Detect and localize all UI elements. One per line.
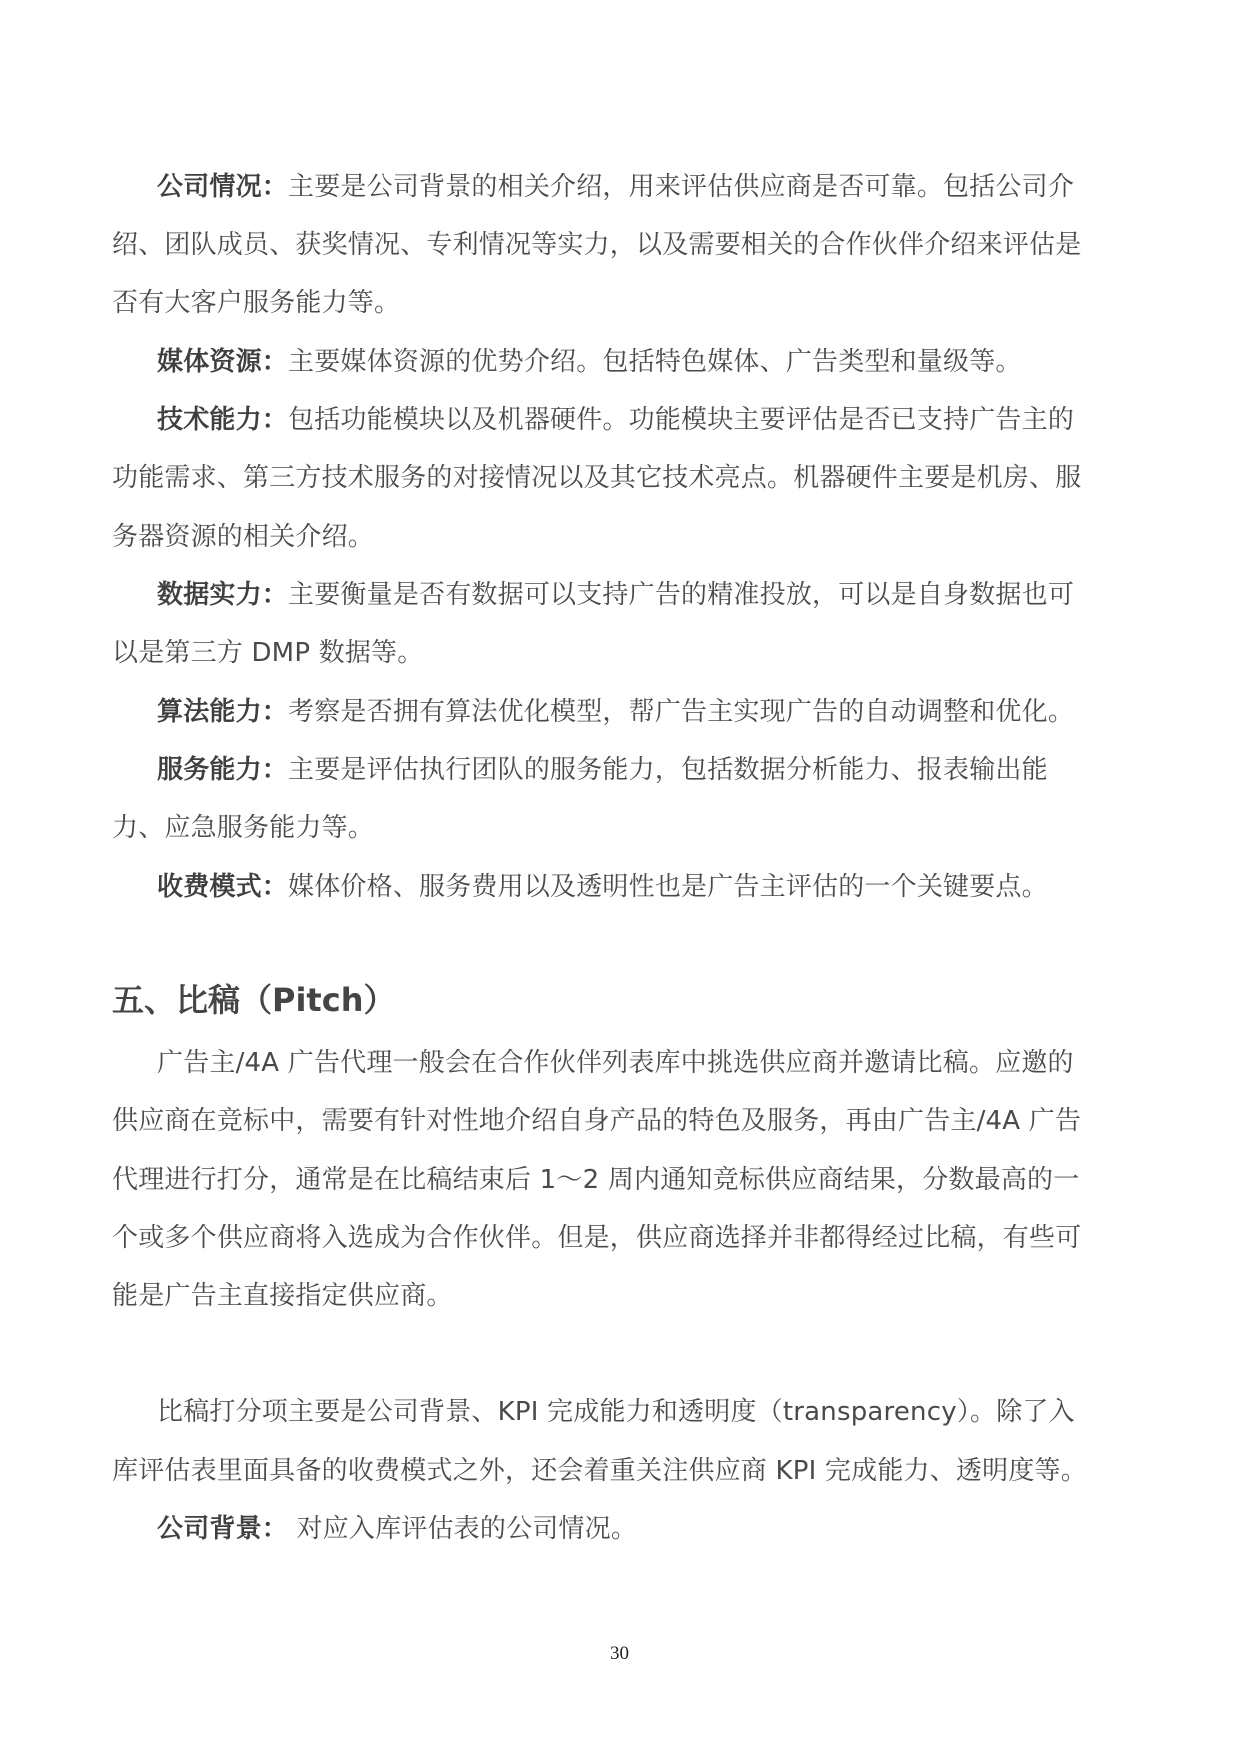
text: 主要是公司背景的相关介绍，用来评估供应商是否可靠。包括公司介 [288,172,1074,202]
item-fee-line-1: 收费模式：媒体价格、服务费用以及透明性也是广告主评估的一个关键要点。 [157,870,1167,904]
item-tech-line-1: 技术能力：包括功能模块以及机器硬件。功能模块主要评估是否已支持广告主的 [157,403,1167,437]
pitch-para1-line-3: 代理进行打分，通常是在比稿结束后 1～2 周内通知竞标供应商结果，分数最高的一 [112,1163,1122,1197]
item-company-line-1: 公司情况：主要是公司背景的相关介绍，用来评估供应商是否可靠。包括公司介 [157,170,1167,204]
term-data: 数据实力： [157,580,288,610]
term-service: 服务能力： [157,755,288,785]
item-tech-line-2: 功能需求、第三方技术服务的对接情况以及其它技术亮点。机器硬件主要是机房、服 [112,461,1122,495]
pitch-para2-line-2: 库评估表里面具备的收费模式之外，还会着重关注供应商 KPI 完成能力、透明度等。 [112,1454,1122,1488]
text: 对应入库评估表的公司情况。 [288,1514,637,1544]
item-company-line-3: 否有大客户服务能力等。 [112,286,1122,320]
item-algo-line-1: 算法能力：考察是否拥有算法优化模型，帮广告主实现广告的自动调整和优化。 [157,695,1167,729]
text: 主要是评估执行团队的服务能力，包括数据分析能力、报表输出能 [288,755,1048,785]
pitch-item-company-background: 公司背景： 对应入库评估表的公司情况。 [157,1512,1167,1546]
item-company-line-2: 绍、团队成员、获奖情况、专利情况等实力，以及需要相关的合作伙伴介绍来评估是 [112,228,1122,262]
term-media: 媒体资源： [157,347,288,377]
page-number: 30 [0,1643,1239,1665]
pitch-para1-line-1: 广告主/4A 广告代理一般会在合作伙伴列表库中挑选供应商并邀请比稿。应邀的 [157,1046,1167,1080]
text: 主要媒体资源的优势介绍。包括特色媒体、广告类型和量级等。 [288,347,1022,377]
item-service-line-2: 力、应急服务能力等。 [112,811,1122,845]
section-heading-pitch: 五、比稿（Pitch） [112,980,395,1020]
pitch-para1-line-4: 个或多个供应商将入选成为合作伙伴。但是，供应商选择并非都得经过比稿，有些可 [112,1221,1122,1255]
term-company-background: 公司背景： [157,1514,288,1544]
item-media-line-1: 媒体资源：主要媒体资源的优势介绍。包括特色媒体、广告类型和量级等。 [157,345,1167,379]
text: 主要衡量是否有数据可以支持广告的精准投放，可以是自身数据也可 [288,580,1074,610]
item-service-line-1: 服务能力：主要是评估执行团队的服务能力，包括数据分析能力、报表输出能 [157,753,1167,787]
pitch-para1-line-5: 能是广告主直接指定供应商。 [112,1279,1122,1313]
item-data-line-1: 数据实力：主要衡量是否有数据可以支持广告的精准投放，可以是自身数据也可 [157,578,1167,612]
pitch-para2-line-1: 比稿打分项主要是公司背景、KPI 完成能力和透明度（transparency）。… [157,1395,1167,1429]
text: 媒体价格、服务费用以及透明性也是广告主评估的一个关键要点。 [288,872,1048,902]
term-tech: 技术能力： [157,405,288,435]
item-tech-line-3: 务器资源的相关介绍。 [112,520,1122,554]
text: 考察是否拥有算法优化模型，帮广告主实现广告的自动调整和优化。 [288,697,1074,727]
term-algo: 算法能力： [157,697,288,727]
pitch-para1-line-2: 供应商在竞标中，需要有针对性地介绍自身产品的特色及服务，再由广告主/4A 广告 [112,1104,1122,1138]
item-data-line-2: 以是第三方 DMP 数据等。 [112,636,1122,670]
term-company: 公司情况： [157,172,288,202]
term-fee: 收费模式： [157,872,288,902]
text: 包括功能模块以及机器硬件。功能模块主要评估是否已支持广告主的 [288,405,1074,435]
